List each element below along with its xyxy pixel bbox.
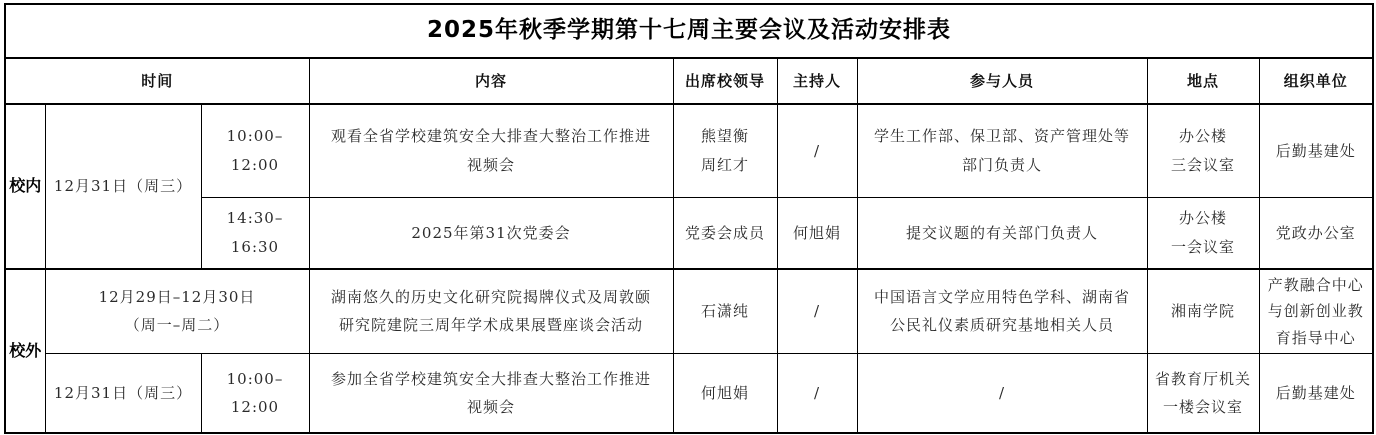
page-title: 2025年秋季学期第十七周主要会议及活动安排表 xyxy=(5,4,1373,58)
group-label-on-campus: 校内 xyxy=(5,104,45,269)
cell-content: 2025年第31次党委会 xyxy=(309,197,673,269)
cell-time: 10:00–12:00 xyxy=(201,353,309,433)
cell-time: 10:00–12:00 xyxy=(201,104,309,197)
table-row: 校内 12月31日（周三） 10:00–12:00 观看全省学校建筑安全大排查大… xyxy=(5,104,1373,197)
col-header-content: 内容 xyxy=(309,58,673,104)
cell-date: 12月31日（周三） xyxy=(45,353,201,433)
cell-host: / xyxy=(777,269,857,353)
cell-location: 湘南学院 xyxy=(1147,269,1259,353)
cell-time: 14:30–16:30 xyxy=(201,197,309,269)
cell-location: 办公楼 一会议室 xyxy=(1147,197,1259,269)
cell-organizer: 产教融合中心与创新创业教育指导中心 xyxy=(1259,269,1373,353)
cell-content: 参加全省学校建筑安全大排查大整治工作推进视频会 xyxy=(309,353,673,433)
cell-host: / xyxy=(777,104,857,197)
col-header-host: 主持人 xyxy=(777,58,857,104)
col-header-participants: 参与人员 xyxy=(857,58,1147,104)
cell-date: 12月31日（周三） xyxy=(45,104,201,269)
cell-organizer: 后勤基建处 xyxy=(1259,353,1373,433)
col-header-leaders: 出席校领导 xyxy=(673,58,777,104)
cell-participants: 学生工作部、保卫部、资产管理处等部门负责人 xyxy=(857,104,1147,197)
table-row: 校外 12月29日–12月30日 （周一–周二） 湖南悠久的历史文化研究院揭牌仪… xyxy=(5,269,1373,353)
schedule-table: 2025年秋季学期第十七周主要会议及活动安排表 时间 内容 出席校领导 主持人 … xyxy=(4,3,1374,434)
cell-participants: 中国语言文学应用特色学科、湖南省公民礼仪素质研究基地相关人员 xyxy=(857,269,1147,353)
col-header-location: 地点 xyxy=(1147,58,1259,104)
cell-leaders: 石潇纯 xyxy=(673,269,777,353)
table-row: 12月31日（周三） 10:00–12:00 参加全省学校建筑安全大排查大整治工… xyxy=(5,353,1373,433)
cell-participants: 提交议题的有关部门负责人 xyxy=(857,197,1147,269)
cell-organizer: 党政办公室 xyxy=(1259,197,1373,269)
cell-content: 观看全省学校建筑安全大排查大整治工作推进视频会 xyxy=(309,104,673,197)
cell-leaders: 党委会成员 xyxy=(673,197,777,269)
col-header-organizer: 组织单位 xyxy=(1259,58,1373,104)
table-row: 14:30–16:30 2025年第31次党委会 党委会成员 何旭娟 提交议题的… xyxy=(5,197,1373,269)
cell-host: / xyxy=(777,353,857,433)
column-header-row: 时间 内容 出席校领导 主持人 参与人员 地点 组织单位 xyxy=(5,58,1373,104)
cell-location: 办公楼 三会议室 xyxy=(1147,104,1259,197)
cell-content: 湖南悠久的历史文化研究院揭牌仪式及周敦颐研究院建院三周年学术成果展暨座谈会活动 xyxy=(309,269,673,353)
group-label-off-campus: 校外 xyxy=(5,269,45,433)
cell-host: 何旭娟 xyxy=(777,197,857,269)
title-row: 2025年秋季学期第十七周主要会议及活动安排表 xyxy=(5,4,1373,58)
cell-location: 省教育厅机关 一楼会议室 xyxy=(1147,353,1259,433)
cell-date-range: 12月29日–12月30日 （周一–周二） xyxy=(45,269,309,353)
cell-participants: / xyxy=(857,353,1147,433)
cell-leaders: 熊望衡 周红才 xyxy=(673,104,777,197)
cell-organizer: 后勤基建处 xyxy=(1259,104,1373,197)
cell-leaders: 何旭娟 xyxy=(673,353,777,433)
col-header-time: 时间 xyxy=(5,58,309,104)
